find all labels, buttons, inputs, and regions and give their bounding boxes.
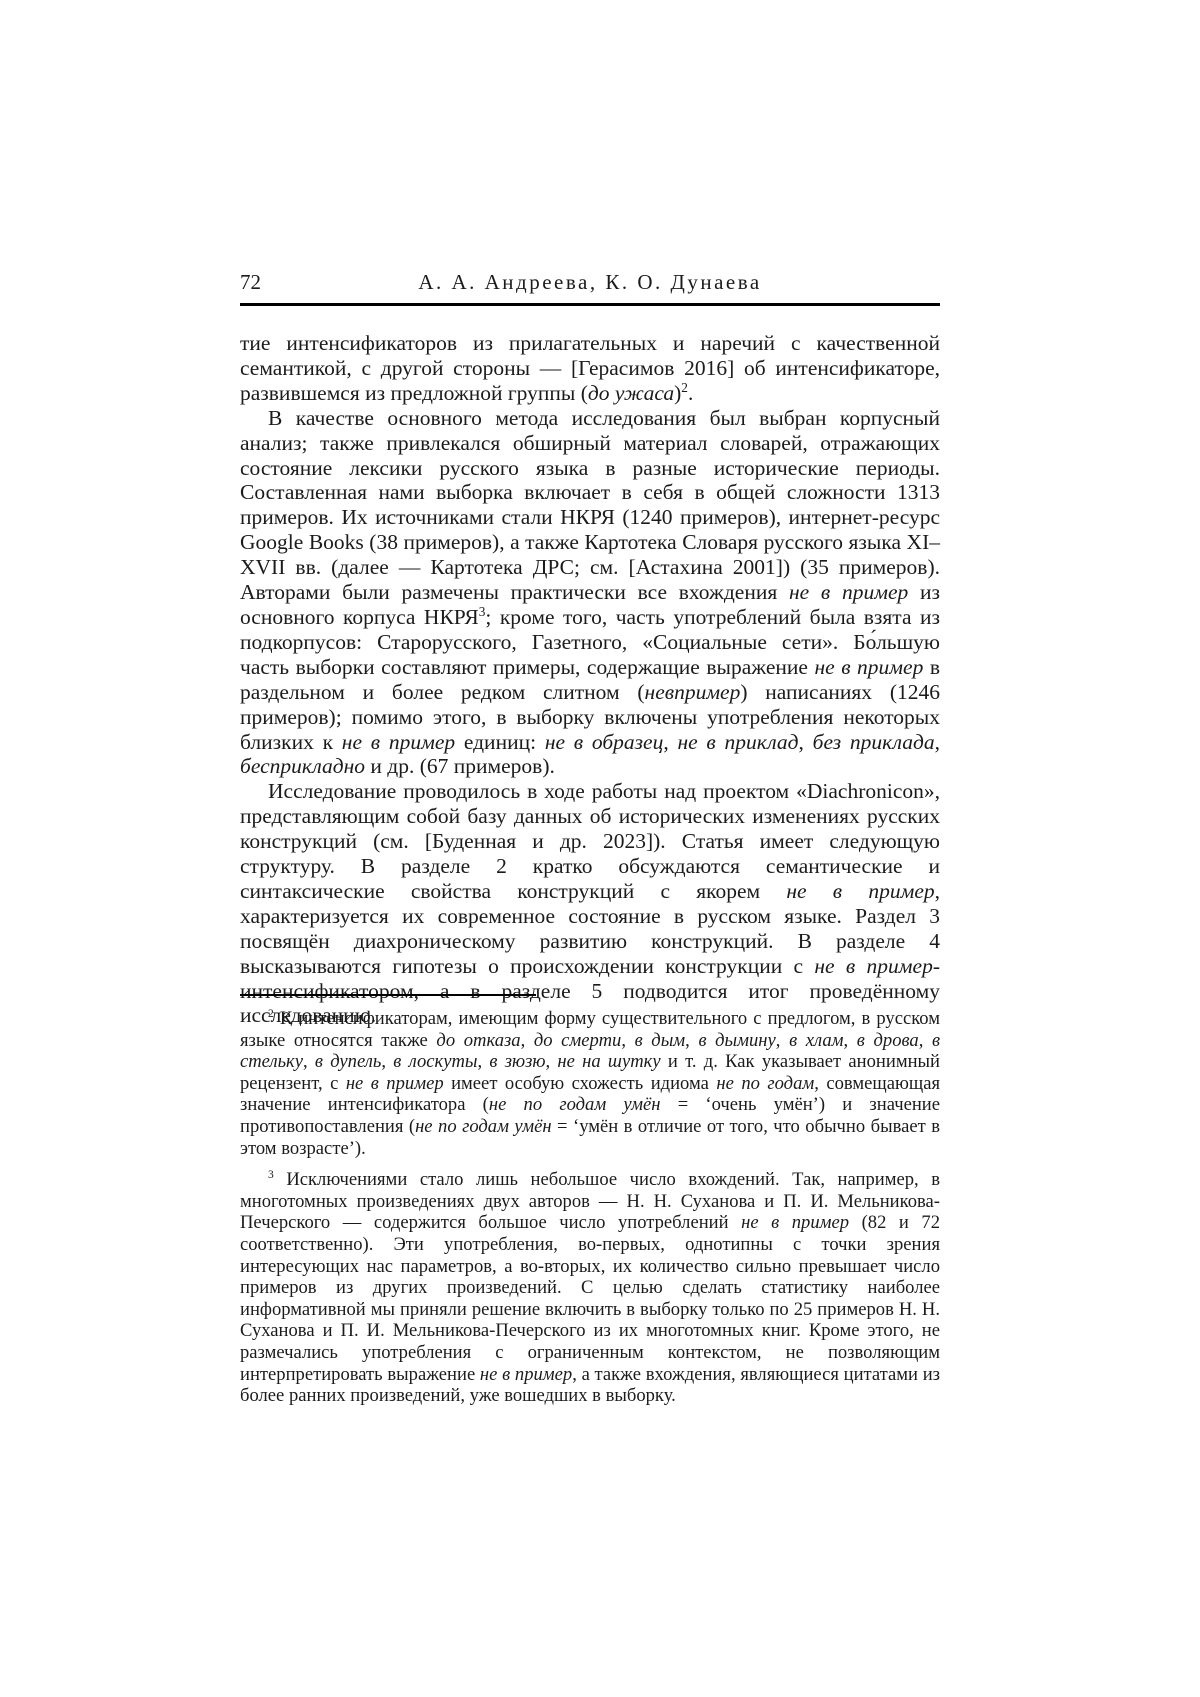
body-paragraph: тие интенсификаторов из прилагательных и… [240,331,940,406]
text-segment: до отказа [436,1030,520,1051]
footnote-marker: 2 [268,1008,274,1020]
footnote-marker: 3 [268,1169,274,1181]
footnotes: 2 К интенсификаторам, имеющим форму суще… [240,1008,940,1417]
running-head: А. А. Андреева, К. О. Дунаева [240,269,940,295]
footnote: 3 Исключениями стало лишь небольшое числ… [240,1169,940,1407]
text-segment: бесприкладно [240,754,365,778]
article-body: тие интенсификаторов из прилагательных и… [240,331,940,1028]
text-segment: не по годам умён [489,1094,661,1115]
body-paragraph: Исследование проводилось в ходе работы н… [240,779,940,1028]
text-segment: , [844,1030,857,1051]
text-segment: не по годам [716,1073,814,1094]
text-segment: не на шутку [557,1051,660,1072]
text-segment: , [685,1030,698,1051]
document-page: 72 А. А. Андреева, К. О. Дунаева тие инт… [0,0,1200,1697]
text-segment: не в пример [786,879,934,903]
text-segment: (82 и 72 соответственно). Эти употреблен… [240,1212,940,1384]
text-segment: , [935,730,940,754]
text-segment: не в пример [741,1212,849,1233]
text-segment: не в пример [346,1073,444,1094]
text-segment: , [545,1051,557,1072]
text-segment: до ужаса [588,381,674,405]
text-segment: не в пример [789,580,908,604]
footnote: 2 К интенсификаторам, имеющим форму суще… [240,1008,940,1159]
text-segment: единиц: [455,730,545,754]
text-segment: в зюзю [489,1051,545,1072]
text-segment: , [621,1030,634,1051]
text-segment: не в образец [545,730,664,754]
text-segment: , [919,1030,932,1051]
text-segment: не в пример [480,1364,572,1385]
page-header: 72 А. А. Андреева, К. О. Дунаева [240,269,940,295]
text-segment: в дым [635,1030,686,1051]
text-segment: В качестве основного метода исследования… [240,406,940,604]
text-segment: не в пример [342,730,455,754]
text-segment: . [688,381,693,405]
text-segment: до смерти [534,1030,621,1051]
body-paragraph: В качестве основного метода исследования… [240,406,940,780]
text-segment: в хлам [789,1030,843,1051]
text-segment: в дымину [698,1030,775,1051]
text-segment: в дрова [857,1030,919,1051]
text-segment: , [303,1051,315,1072]
text-segment: имеет особую схожесть идиома [444,1073,717,1094]
text-segment: , [477,1051,489,1072]
text-segment: невпример [645,680,741,704]
text-segment: и др. (67 примеров). [365,754,555,778]
text-segment: , [663,730,677,754]
text-segment: в дупель [315,1051,381,1072]
page-number: 72 [240,269,261,295]
text-segment: , [799,730,813,754]
header-rule [240,303,940,306]
text-segment: не в пример [814,954,932,978]
text-segment: без приклада [813,730,935,754]
footnote-separator [240,994,536,996]
text-segment: не по годам умён [415,1116,552,1137]
text-segment: в лоскуты [393,1051,477,1072]
text-segment: , [381,1051,393,1072]
text-segment: , [521,1030,534,1051]
text-segment: не в приклад [677,730,798,754]
text-segment: не в пример [814,655,923,679]
text-segment: , [776,1030,789,1051]
footnote-reference: 2 [681,380,688,395]
